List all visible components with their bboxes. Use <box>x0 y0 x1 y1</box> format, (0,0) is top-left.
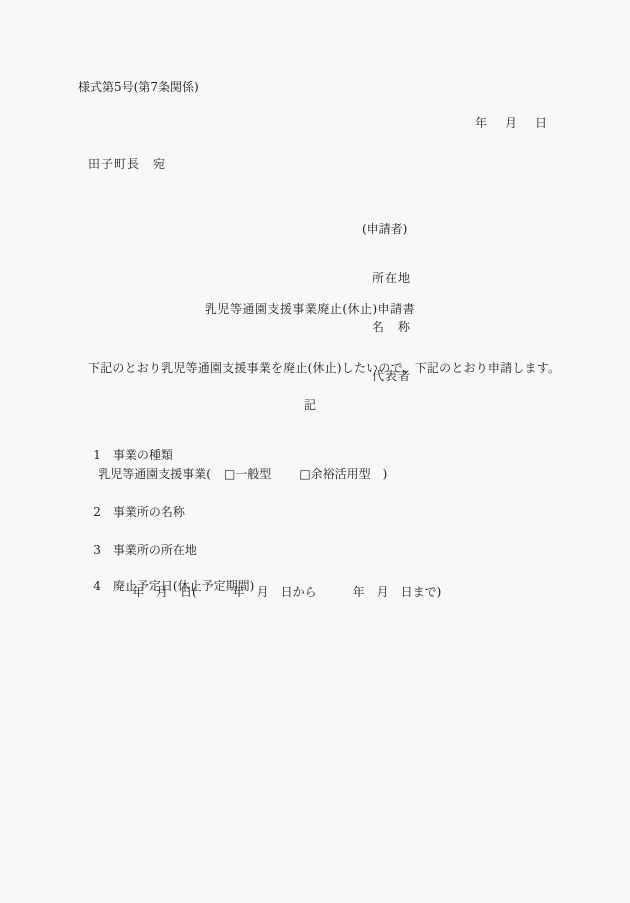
item-1-detail-prefix: 乳児等通園支援事業( <box>98 467 211 481</box>
item-3-number: 3 <box>93 543 101 558</box>
item-4-detail: 年 月 日( 年 月 日から 年 月 日まで) <box>132 585 441 600</box>
item-1-detail-suffix: ) <box>383 467 388 481</box>
item-3-label: 事業所の所在地 <box>113 543 197 557</box>
ki-heading: 記 <box>0 398 620 413</box>
checkbox-surplus-use-type-icon: □ <box>299 467 310 481</box>
form-number: 様式第5号(第7条関係) <box>78 80 199 95</box>
option-surplus-use-type-label: 余裕活用型 <box>311 467 371 481</box>
document-title: 乳児等通園支援事業廃止(休止)申請書 <box>0 302 620 317</box>
date-line: 年 月 日 <box>475 116 550 131</box>
option-surplus-use-type: □余裕活用型 <box>299 467 370 481</box>
applicant-address-label: 所在地 <box>372 271 411 290</box>
item-4-number: 4 <box>93 579 101 594</box>
body-text: 下記のとおり乳児等通園支援事業を廃止(休止)したいので、下記のとおり申請します。 <box>88 361 560 376</box>
addressee: 田子町長 宛 <box>88 157 166 172</box>
applicant-header: (申請者) <box>362 222 411 241</box>
item-2-label: 事業所の名称 <box>113 505 185 519</box>
checkbox-general-type-icon: □ <box>224 467 235 481</box>
option-general-type: □一般型 <box>224 467 271 481</box>
option-general-type-label: 一般型 <box>235 467 271 481</box>
document-page: 様式第5号(第7条関係) 年 月 日 田子町長 宛 (申請者) 所在地 名 称 … <box>0 0 630 903</box>
applicant-name-label: 名 称 <box>372 320 411 339</box>
item-2-number: 2 <box>93 505 101 520</box>
